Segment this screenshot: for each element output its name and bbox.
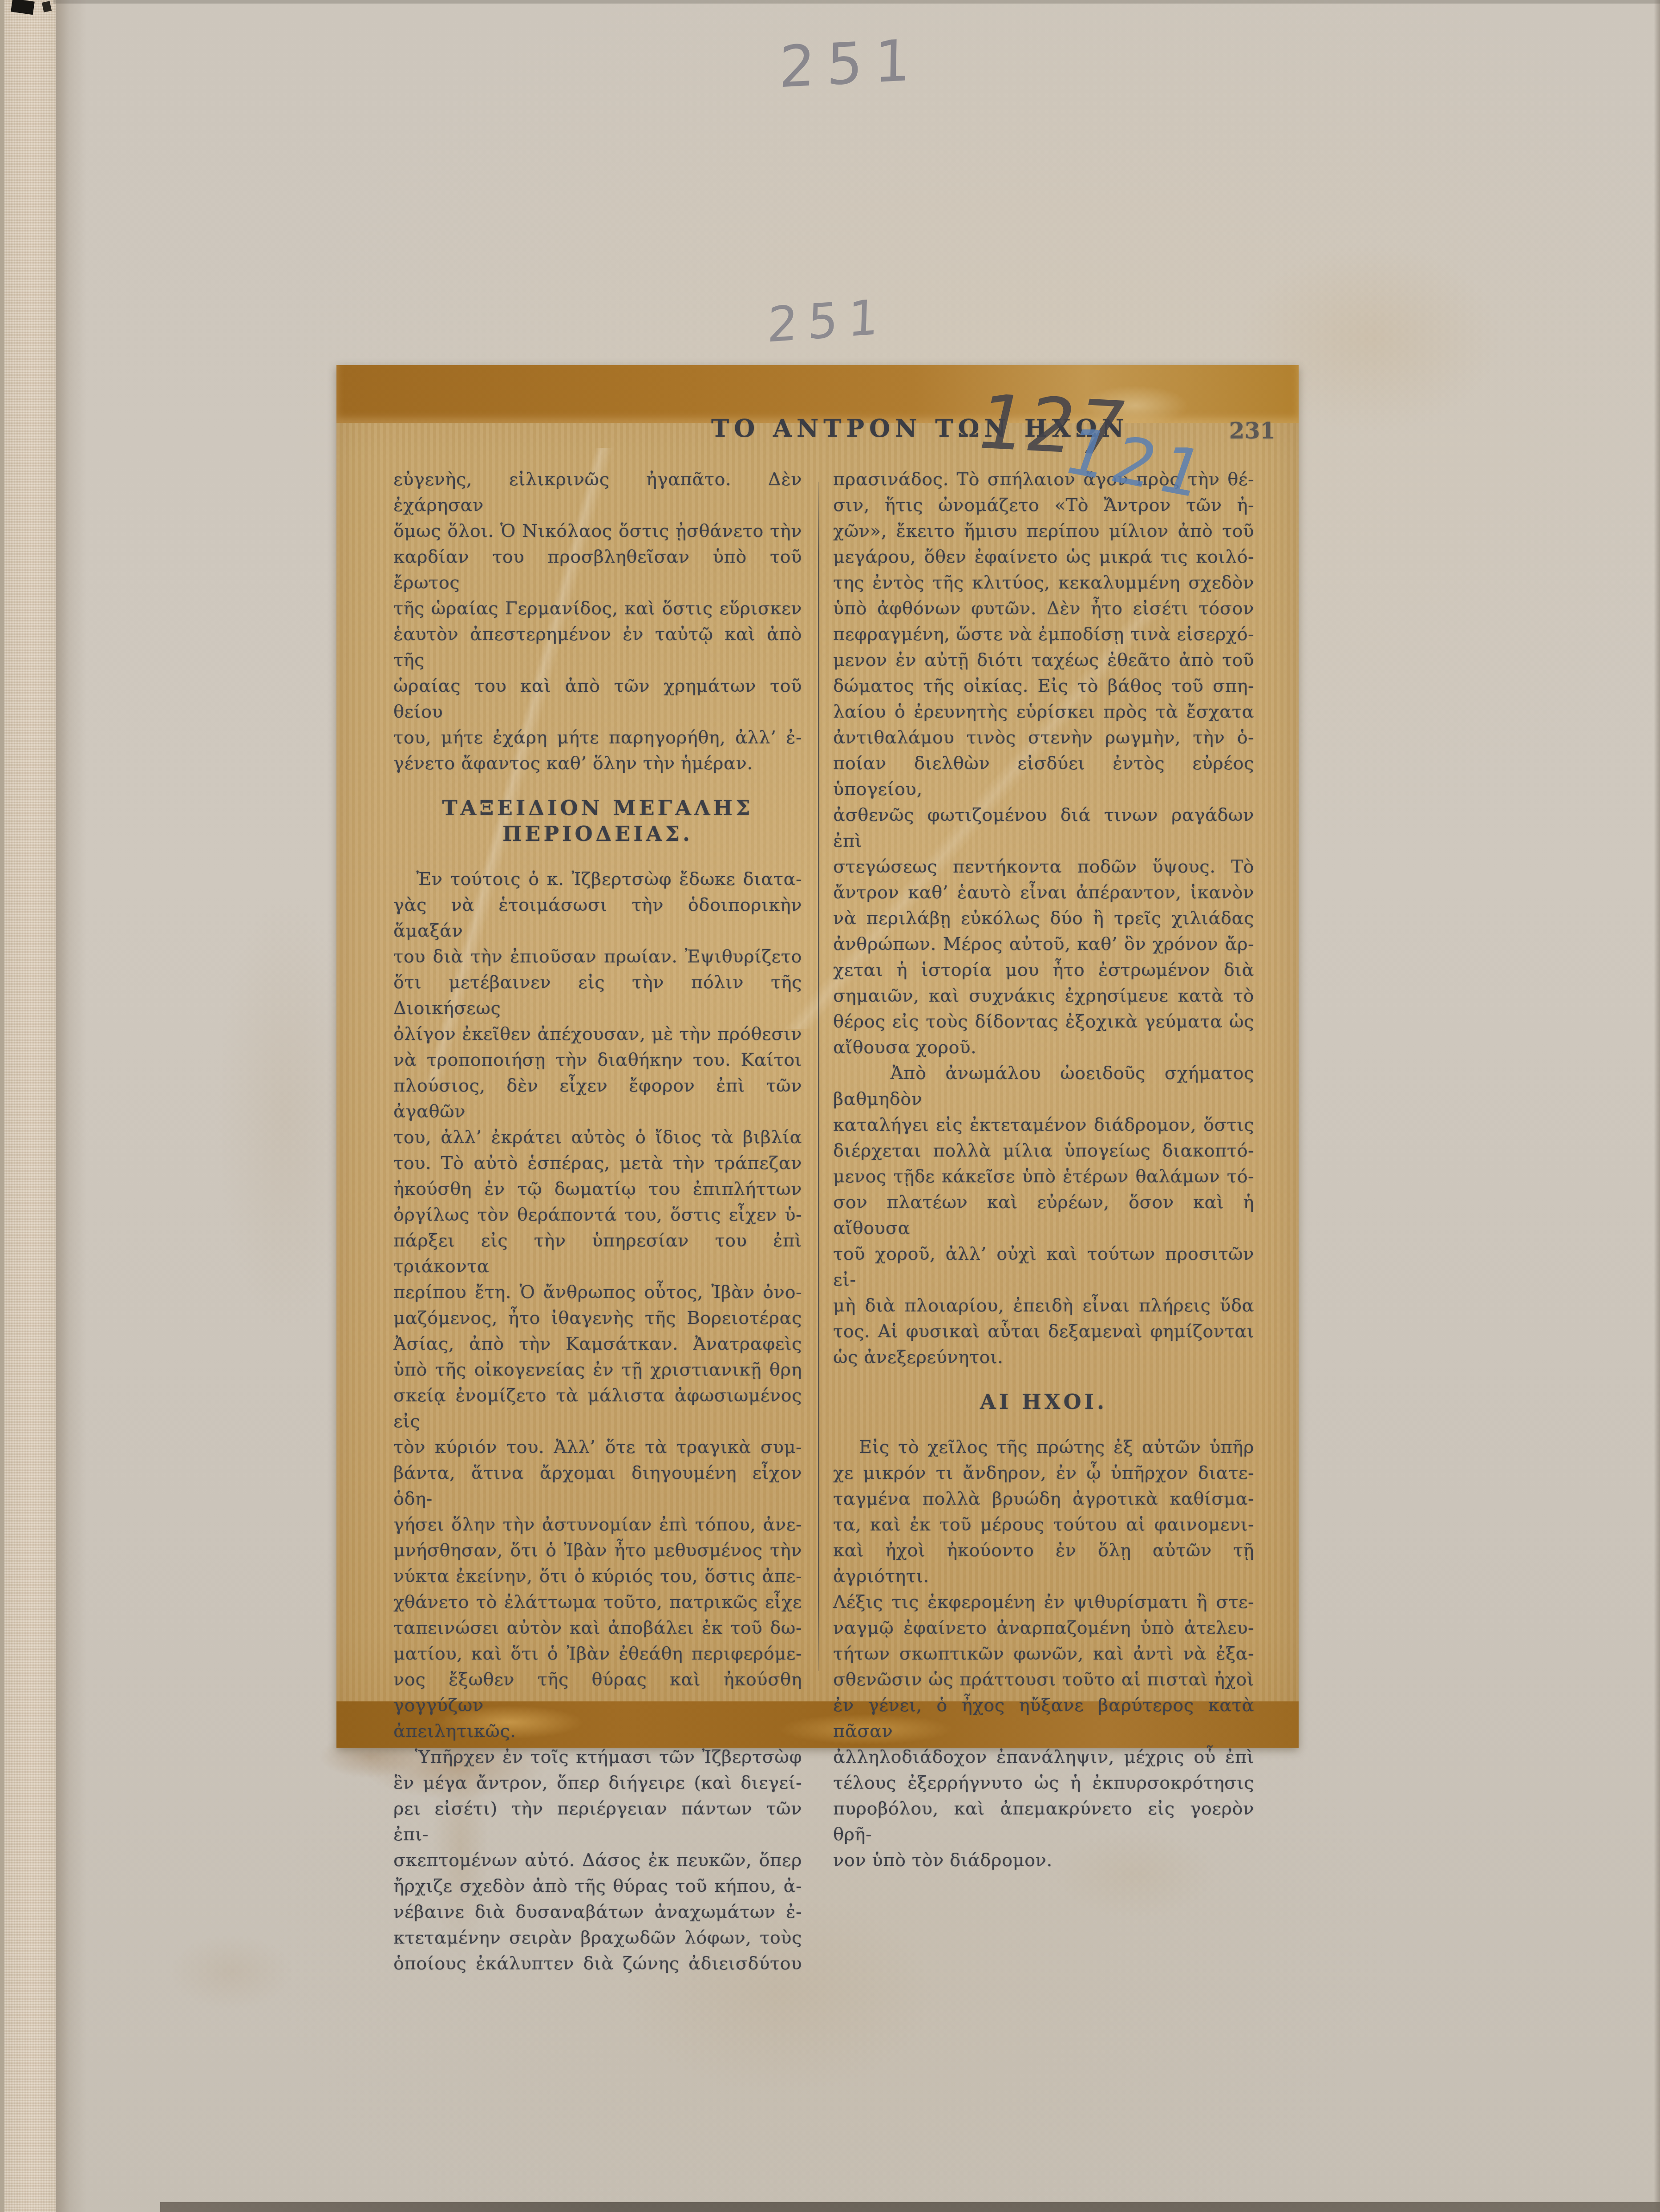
printed-text-line: χῶν», ἔκειτο ἥμισυ περίπου μίλιον ἀπὸ το… <box>833 518 1254 544</box>
scan-left-edge <box>0 0 4 2212</box>
printed-text-line: καὶ ἠχοὶ ἠκούοντο ἐν ὅλῃ αὐτῶν τῇ ἀγριότ… <box>833 1538 1254 1589</box>
scan-bottom-edge <box>160 2202 1660 2212</box>
printed-text-line: Ἀπὸ ἀνωμάλου ὠοειδοῦς σχήματος βαθμηδὸν <box>833 1060 1254 1112</box>
printed-text-line: χθάνετο τὸ ἐλάττωμα τοῦτο, πατρικῶς εἶχε <box>393 1589 802 1615</box>
printed-text-line: πάρξει εἰς τὴν ὑπηρεσίαν του ἐπὶ τριάκον… <box>393 1228 802 1279</box>
printed-text-line: δώματος τῆς οἰκίας. Εἰς τὸ βάθος τοῦ σπη… <box>833 673 1254 699</box>
printed-text-line: τος. Αἱ φυσικαὶ αὗται δεξαμεναὶ φημίζοντ… <box>833 1319 1254 1344</box>
printed-text-line: σκεπτομένων αὐτό. Δάσος ἐκ πευκῶν, ὅπερ <box>393 1847 802 1873</box>
printed-text-line: πυροβόλου, καὶ ἀπεμακρύνετο εἰς γοερὸν θ… <box>833 1796 1254 1847</box>
printed-text-line: του διὰ τὴν ἐπιοῦσαν πρωίαν. Ἐψιθυρίζετο <box>393 944 802 970</box>
printed-text-line: ἐν γένει, ὁ ἦχος ηὔξανε βαρύτερος κατὰ π… <box>833 1692 1254 1744</box>
printed-text-line: ὅτι μετέβαινεν εἰς τὴν πόλιν τῆς Διοικήσ… <box>393 970 802 1021</box>
printed-text-line: ὅμως ὅλοι. Ὁ Νικόλαος ὅστις ᾐσθάνετο τὴν <box>393 518 802 544</box>
printed-text-line: ἀντιθαλάμου τινὸς στενὴν ρωγμὴν, τὴν ὁ- <box>833 725 1254 751</box>
left-text-column: εὐγενὴς, εἰλικρινῶς ἠγαπᾶτο. Δὲν ἐχάρησα… <box>393 467 802 1977</box>
printed-text-line: τῆς ὡραίας Γερμανίδος, καὶ ὅστις εὕρισκε… <box>393 596 802 621</box>
printed-text-line: ἤρχιζε σχεδὸν ἀπὸ τῆς θύρας τοῦ κήπου, ἀ… <box>393 1873 802 1899</box>
printed-text-line: διέρχεται πολλὰ μίλια ὑπογείως διακοπτό- <box>833 1138 1254 1164</box>
printed-text-line: τοῦ χοροῦ, ἀλλ’ οὐχὶ καὶ τούτων προσιτῶν… <box>833 1241 1254 1293</box>
printed-text-line: ἑαυτὸν ἀπεστερημένον ἐν ταὐτῷ καὶ ἀπὸ τῆ… <box>393 621 802 673</box>
printed-text-line: εὐγενὴς, εἰλικρινῶς ἠγαπᾶτο. Δὲν ἐχάρησα… <box>393 467 802 518</box>
printed-text-line: θέρος εἰς τοὺς δίδοντας ἐξοχικὰ γεύματα … <box>833 1009 1254 1035</box>
printed-text-line: τήτων σκωπτικῶν φωνῶν, καὶ ἀντὶ νὰ ἐξα- <box>833 1641 1254 1667</box>
printed-text-line: Εἰς τὸ χεῖλος τῆς πρώτης ἐξ αὐτῶν ὑπῆρ <box>833 1434 1254 1460</box>
printed-text-line: ἀπειλητικῶς. <box>393 1718 802 1744</box>
printed-text-line: Ἀσίας, ἀπὸ τὴν Καμσάτκαν. Ἀνατραφεὶς <box>393 1331 802 1357</box>
printed-text-line: ταγμένα πολλὰ βρυώδη ἀγροτικὰ καθίσμα- <box>833 1486 1254 1512</box>
printed-text-line: ματίου, καὶ ὅτι ὁ Ἰβὰν ἐθεάθη περιφερόμε… <box>393 1641 802 1667</box>
printed-text-line: σημαιῶν, καὶ συχνάκις ἐχρησίμευε κατὰ τὸ <box>833 983 1254 1009</box>
right-text-column: πρασινάδος. Τὸ σπήλαιον ἄγον πρὸς τὴν θέ… <box>833 467 1254 1873</box>
printed-text-line: μαζόμενος, ἦτο ἰθαγενὴς τῆς Βορειοτέρας <box>393 1305 802 1331</box>
binding-cloth-strip <box>4 0 56 2212</box>
printed-text-line: γένετο ἄφαντος καθ’ ὅλην τὴν ἡμέραν. <box>393 751 802 776</box>
printed-text-line: καταλήγει εἰς ἐκτεταμένον διάδρομον, ὅστ… <box>833 1112 1254 1138</box>
printed-text-line: ἠκούσθη ἐν τῷ δωματίῳ του ἐπιπλήττων <box>393 1176 802 1202</box>
printed-text-line: χεται ἡ ἱστορία μου ἦτο ἐστρωμένον διὰ <box>833 957 1254 983</box>
section-heading-ai-ichoi: ΑΙ ΗΧΟΙ. <box>833 1389 1254 1415</box>
printed-text-line: Λέξις τις ἐκφερομένη ἐν ψιθυρίσματι ἢ στ… <box>833 1589 1254 1615</box>
printed-text-line: νὰ περιλάβῃ εὐκόλως δύο ἢ τρεῖς χιλιάδας <box>833 905 1254 931</box>
printed-text-line: μενον ἐν αὐτῇ διότι ταχέως ἐθεᾶτο ἀπὸ το… <box>833 647 1254 673</box>
printed-text-line: μεγάρου, ὅθεν ἐφαίνετο ὡς μικρά τις κοιλ… <box>833 544 1254 570</box>
handwritten-top-number: 251 <box>778 32 923 96</box>
newspaper-clipping: ΤΟ ΑΝΤΡΟΝ ΤΩΝ ΗΧΩΝ 231 εὐγενὴς, εἰλικριν… <box>336 365 1299 1748</box>
printed-text-line: μενος τῇδε κάκεῖσε ὑπὸ ἑτέρων θαλάμων τό… <box>833 1164 1254 1189</box>
printed-text-line: του, μήτε ἐχάρη μήτε παρηγορήθη, ἀλλ’ ἐ- <box>393 725 802 751</box>
printed-text-line: ρει εἰσέτι) τὴν περιέργειαν πάντων τῶν ἐ… <box>393 1796 802 1847</box>
printed-text-line: τὸν κύριόν του. Ἀλλ’ ὅτε τὰ τραγικὰ συμ- <box>393 1434 802 1460</box>
printed-text-line: μὴ διὰ πλοιαρίου, ἐπειδὴ εἶναι πλήρεις ὕ… <box>833 1293 1254 1319</box>
printed-text-line: νὰ τροποποιήσῃ τὴν διαθήκην του. Καίτοι <box>393 1047 802 1073</box>
printed-text-line: ναγμῷ ἐφαίνετο ἀναρπαζομένη ὑπὸ ἀτελευ- <box>833 1615 1254 1641</box>
printed-text-line: ποίαν διελθὼν εἰσδύει ἐντὸς εὐρέος ὑπογε… <box>833 751 1254 802</box>
printed-text-line: ἀσθενῶς φωτιζομένου διά τινων ραγάδων ἐπ… <box>833 802 1254 854</box>
printed-text-line: γὰς νὰ ἑτοιμάσωσι τὴν ὁδοιπορικὴν ἅμαξάν <box>393 892 802 944</box>
printed-text-line: πεφραγμένη, ὥστε νὰ ἐμποδίσῃ τινὰ εἰσερχ… <box>833 621 1254 647</box>
printed-text-line: σον πλατέων καὶ εὐρέων, ὅσον καὶ ἡ αἴθου… <box>833 1189 1254 1241</box>
printed-text-line: ὑπὸ ἀφθόνων φυτῶν. Δὲν ἦτο εἰσέτι τόσον <box>833 596 1254 621</box>
printed-text-line: ὑπὸ τῆς οἰκογενείας ἐν τῇ χριστιανικῇ θρ… <box>393 1357 802 1383</box>
printed-text-line: περίπου ἔτη. Ὁ ἄνθρωπος οὗτος, Ἰβὰν ὀνο- <box>393 1279 802 1305</box>
printed-text-line: του. Τὸ αὐτὸ ἑσπέρας, μετὰ τὴν τράπεζαν <box>393 1150 802 1176</box>
printed-text-line: ἓν μέγα ἄντρον, ὅπερ διήγειρε (καὶ διεγε… <box>393 1770 802 1796</box>
printed-text-line: νέβαινε διὰ δυσαναβάτων ἀναχωμάτων ἐ- <box>393 1899 802 1925</box>
scan-right-edge <box>1654 0 1660 2212</box>
right-paragraph-1: πρασινάδος. Τὸ σπήλαιον ἄγον πρὸς τὴν θέ… <box>833 467 1254 1370</box>
printed-text-line: ἄντρον καθ’ ἑαυτὸ εἶναι ἀπέραντον, ἱκανὸ… <box>833 880 1254 905</box>
printed-text-line: Ὑπῆρχεν ἐν τοῖς κτήμασι τῶν Ἰζβερτσὼφ <box>393 1744 802 1770</box>
printed-text-line: νος ἔξωθεν τῆς θύρας καὶ ἠκούσθη γογγύζω… <box>393 1667 802 1718</box>
printed-text-line: βάντα, ἅτινα ἄρχομαι διηγουμένη εἶχον ὁδ… <box>393 1460 802 1512</box>
printed-text-line: ὁποίους ἐκάλυπτεν διὰ ζώνης ἀδιεισδύτου <box>393 1951 802 1977</box>
printed-text-line: Ἐν τούτοις ὁ κ. Ἰζβερτσὼφ ἔδωκε διατα- <box>393 866 802 892</box>
printed-text-line: κτεταμένην σειρὰν βραχωδῶν λόφων, τοὺς <box>393 1925 802 1951</box>
scan-top-edge <box>53 0 1660 4</box>
printed-text-line: καρδίαν του προσβληθεῖσαν ὑπὸ τοῦ ἔρωτος <box>393 544 802 596</box>
printed-text-line: σθενῶσιν ὡς πράττουσι τοῦτο αἱ πισταὶ ἠχ… <box>833 1667 1254 1692</box>
printed-page-number: 231 <box>1229 418 1275 444</box>
printed-text-line: νον ὑπὸ τὸν διάδρομον. <box>833 1847 1254 1873</box>
printed-text-line: πλούσιος, δὲν εἶχεν ἔφορον ἐπὶ τῶν ἀγαθῶ… <box>393 1073 802 1124</box>
printed-text-line: τα, καὶ ἐκ τοῦ μέρους τούτου αἱ φαινομεν… <box>833 1512 1254 1538</box>
printed-text-line: αἴθουσα χοροῦ. <box>833 1035 1254 1060</box>
printed-text-line: ἀνθρώπων. Μέρος αὐτοῦ, καθ’ ὃν χρόνον ἄρ… <box>833 931 1254 957</box>
printed-text-line: χε μικρόν τι ἄνδηρον, ἐν ᾧ ὑπῆρχον διατε… <box>833 1460 1254 1486</box>
handwritten-above-clipping-number: 251 <box>766 293 889 350</box>
printed-text-line: τέλους ἐξερρήγνυτο ὡς ἡ ἐκπυρσοκρότησις <box>833 1770 1254 1796</box>
printed-text-line: γήσει ὅλην τὴν ἀστυνομίαν ἐπὶ τόπου, ἀνε… <box>393 1512 802 1538</box>
printed-text-line: του, ἀλλ’ ἐκράτει αὐτὸς ὁ ἴδιος τὰ βιβλί… <box>393 1124 802 1150</box>
printed-text-line: ὀλίγον ἐκεῖθεν ἀπέχουσαν, μὲ τὴν πρόθεσι… <box>393 1021 802 1047</box>
album-page-scan: 251 251 4 ΤΟ ΑΝΤΡΟΝ ΤΩΝ ΗΧΩΝ 231 εὐγενὴς… <box>0 0 1660 2212</box>
printed-text-line: στεγώσεως πεντήκοντα ποδῶν ὕψους. Τὸ <box>833 854 1254 880</box>
left-paragraph-1: εὐγενὴς, εἰλικρινῶς ἠγαπᾶτο. Δὲν ἐχάρησα… <box>393 467 802 776</box>
binding-seam-shadow <box>56 0 87 2212</box>
printed-text-line: ὀργίλως τὸν θεράποντά του, ὅστις εἶχεν ὑ… <box>393 1202 802 1228</box>
printed-text-line: ταπεινώσει αὐτὸν καὶ ἀποβάλει ἐκ τοῦ δω- <box>393 1615 802 1641</box>
section-heading-taxeidion: ΤΑΞΕΙΔΙΟΝ ΜΕΓΑΛΗΣ ΠΕΡΙΟΔΕΙΑΣ. <box>393 795 802 847</box>
printed-text-line: μνήσθησαν, ὅτι ὁ Ἰβὰν ἦτο μεθυσμένος τὴν <box>393 1538 802 1563</box>
printed-text-line: ὡραίας του καὶ ἀπὸ τῶν χρημάτων τοῦ θείο… <box>393 673 802 725</box>
printed-text-line: λαίου ὁ ἐρευνητὴς εὑρίσκει πρὸς τὰ ἔσχατ… <box>833 699 1254 725</box>
printed-text-line: ὡς ἀνεξερεύνητοι. <box>833 1344 1254 1370</box>
right-paragraph-2: Εἰς τὸ χεῖλος τῆς πρώτης ἐξ αὐτῶν ὑπῆρχε… <box>833 1434 1254 1873</box>
printed-text-line: ἀλληλοδιάδοχον ἐπανάληψιν, μέχρις οὗ ἐπὶ <box>833 1744 1254 1770</box>
printed-text-line: σκείᾳ ἐνομίζετο τὰ μάλιστα ἀφωσιωμένος ε… <box>393 1383 802 1434</box>
printed-text-line: της ἐντὸς τῆς κλιτύος, κεκαλυμμένη σχεδὸ… <box>833 570 1254 596</box>
left-paragraph-2: Ἐν τούτοις ὁ κ. Ἰζβερτσὼφ ἔδωκε διατα-γὰ… <box>393 866 802 1977</box>
column-divider-rule <box>818 482 819 1671</box>
printed-text-line: νύκτα ἐκείνην, ὅτι ὁ κύριός του, ὅστις ἀ… <box>393 1563 802 1589</box>
